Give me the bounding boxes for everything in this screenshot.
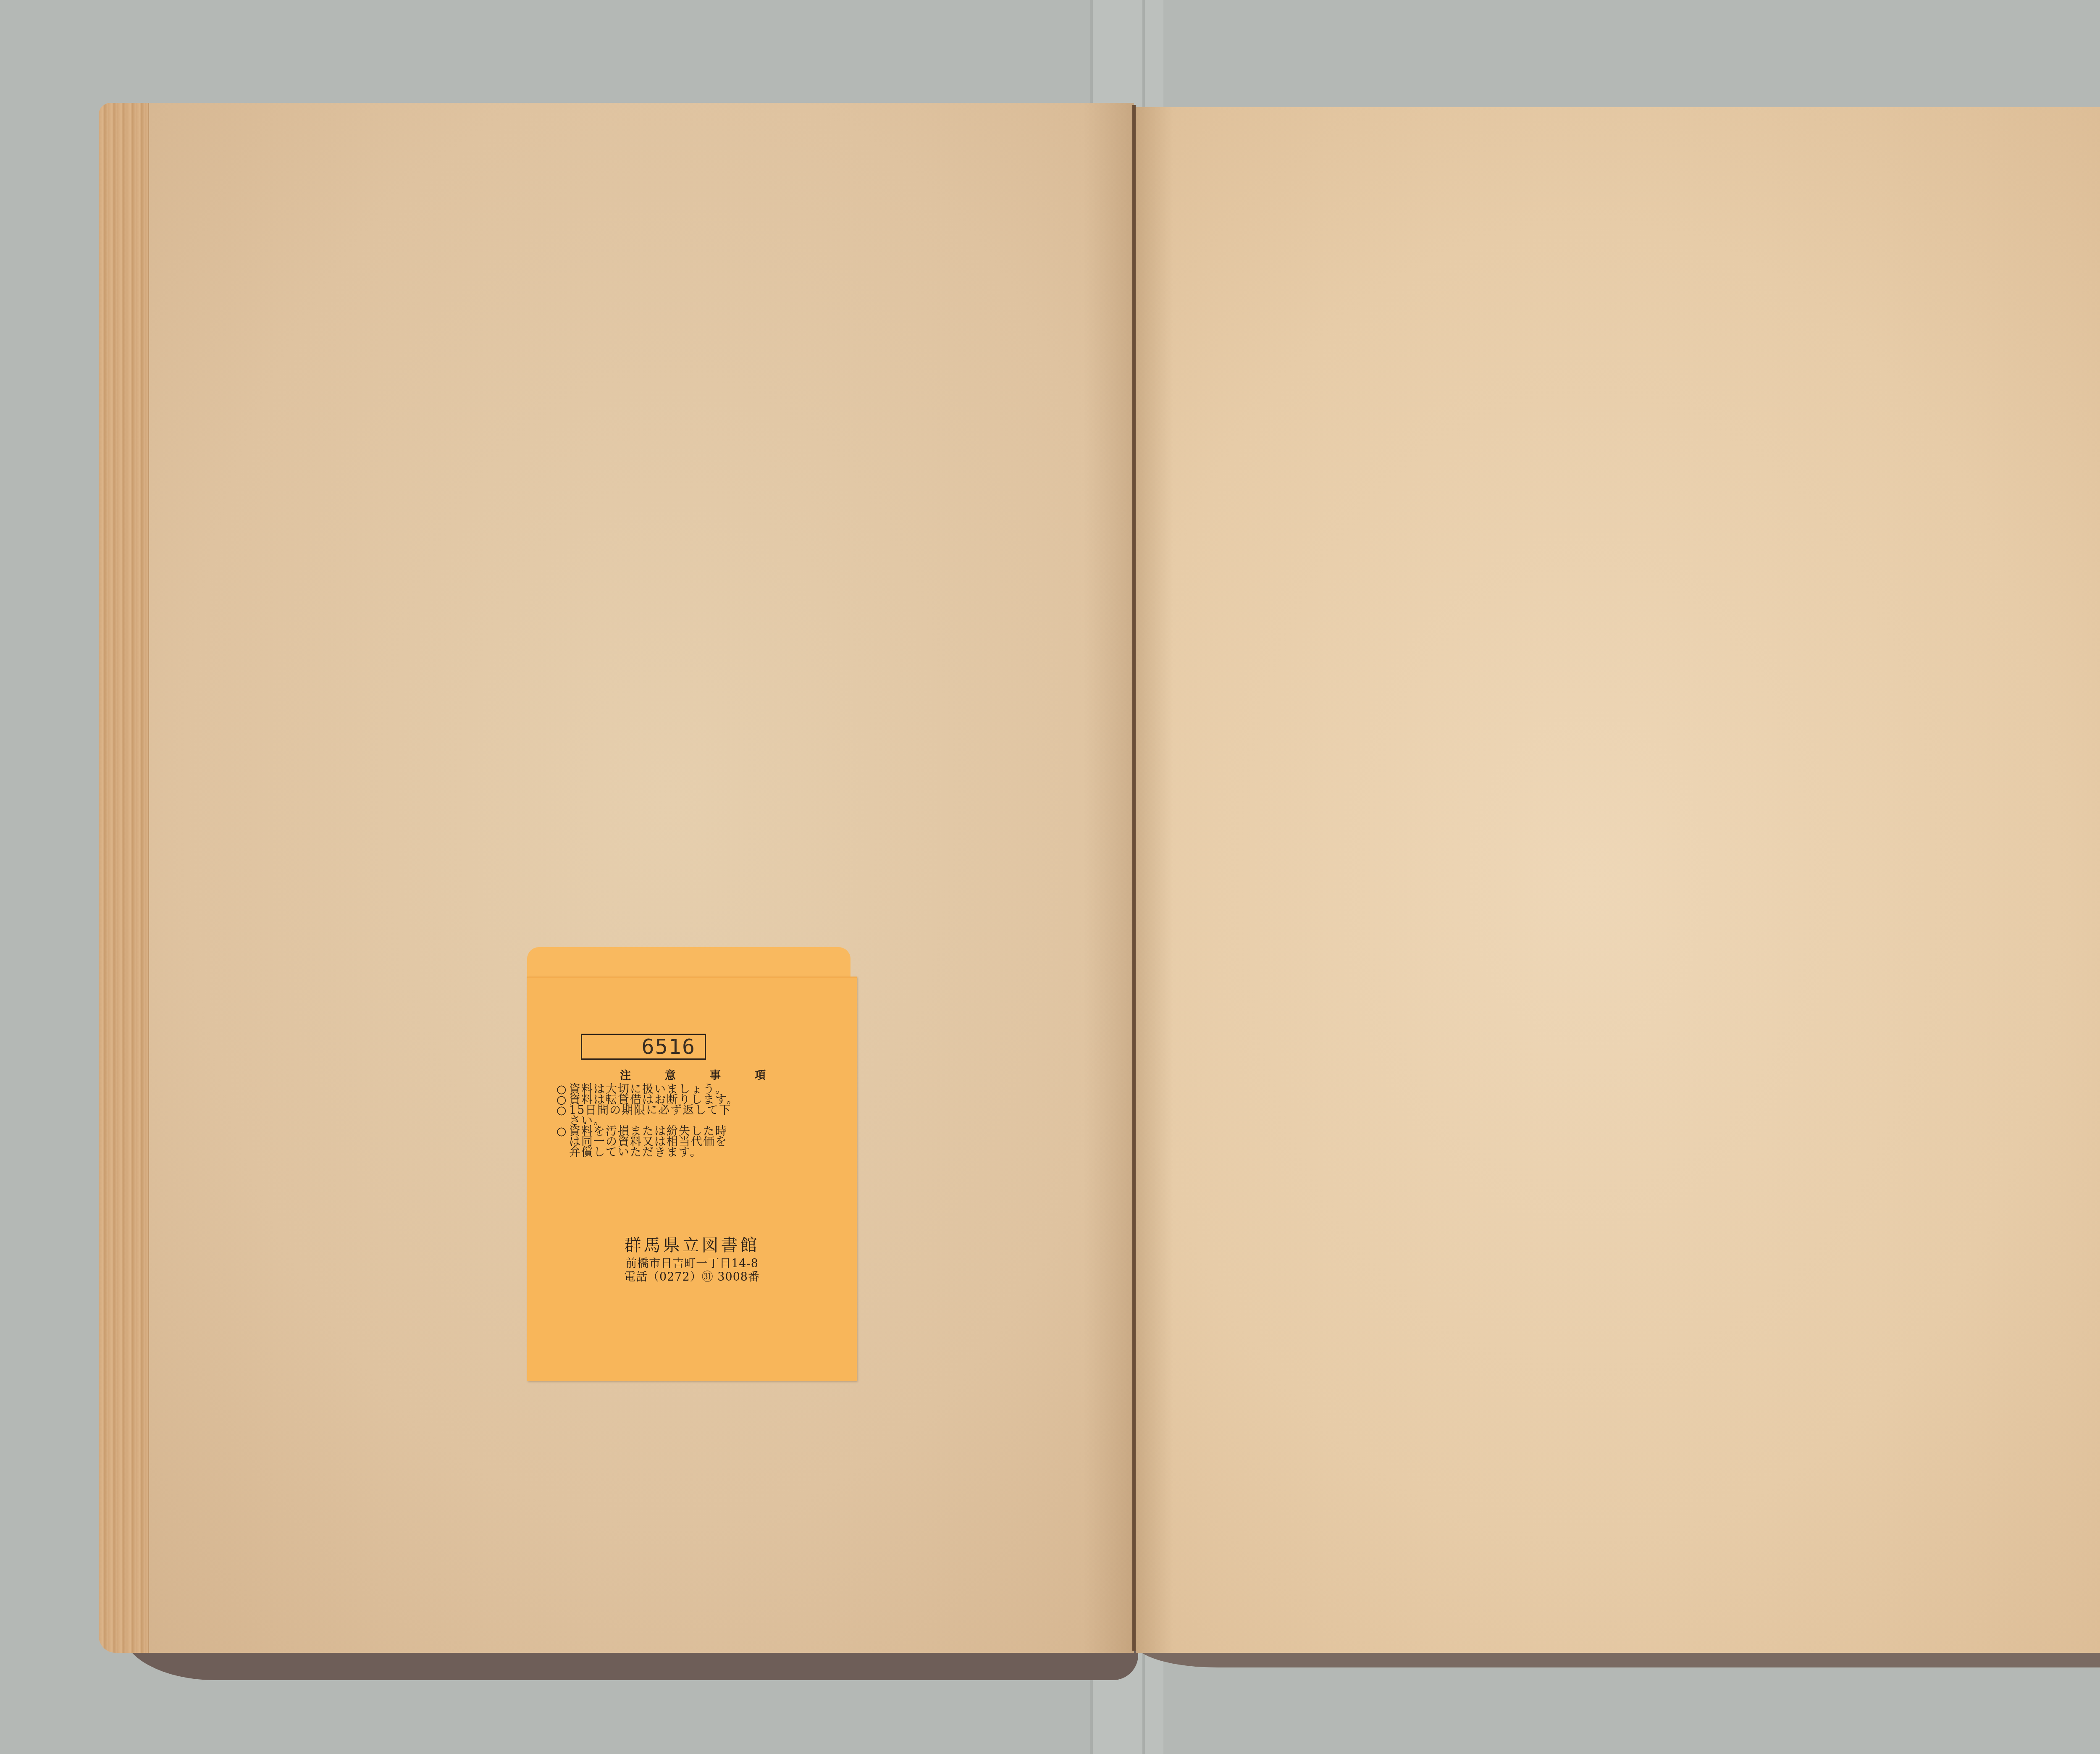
rule-item: ○ 15日間の期限に必ず返して下 さい。 [556,1105,846,1126]
rule-text: 資料を汚損または紛失した時 は同一の資料又は相当代価を 弁償していただきます。 [569,1126,846,1158]
call-number: 6516 [642,1035,696,1059]
rule-item: ○ 資料を汚損または紛失した時 は同一の資料又は相当代価を 弁償していただきます… [556,1126,846,1158]
rules-list: ○ 資料は大切に扱いましょう。 ○ 資料は転貸借はお断りします。 ○ 15日間の… [556,1084,846,1158]
library-card-pocket: 6516 注 意 事 項 ○ 資料は大切に扱いましょう。 ○ 資料は転貸借はお断… [527,947,859,1380]
circle-bullet-icon: ○ [556,1105,569,1126]
circle-bullet-icon: ○ [556,1126,569,1158]
library-name: 群馬県立図書館 [527,1232,857,1256]
gutter-shadow [1084,103,1134,1653]
page-block-edges [99,103,149,1653]
right-page [1136,107,2100,1653]
pocket-body: 6516 注 意 事 項 ○ 資料は大切に扱いましょう。 ○ 資料は転貸借はお断… [527,977,857,1381]
gutter-shadow [1136,107,1173,1653]
call-number-box: 6516 [581,1034,706,1060]
library-phone: 電話（0272）㉛ 3008番 [527,1268,857,1284]
left-page: 6516 注 意 事 項 ○ 資料は大切に扱いましょう。 ○ 資料は転貸借はお断… [99,103,1134,1653]
notice-title: 注 意 事 項 [527,1067,857,1082]
rule-text: 15日間の期限に必ず返して下 さい。 [569,1105,846,1126]
book-spine [1132,105,1136,1651]
